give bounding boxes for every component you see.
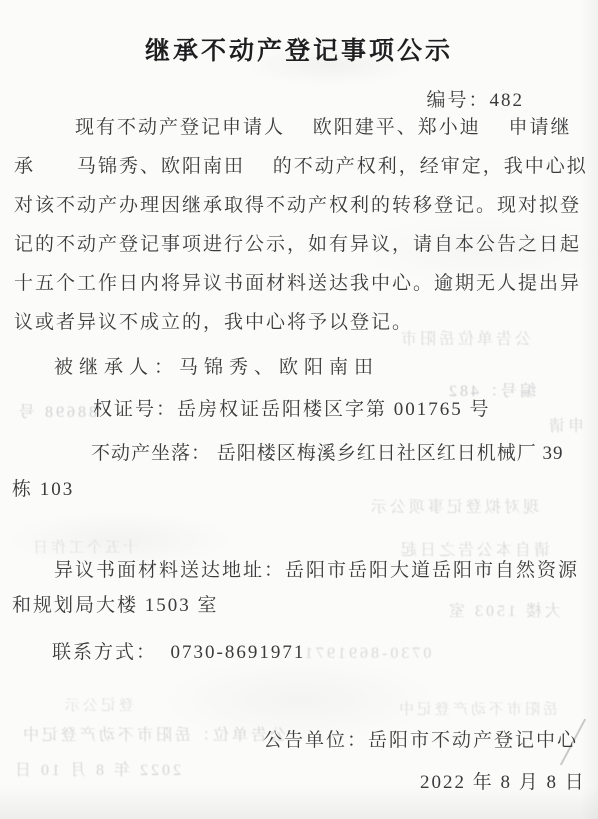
objection-address-line-2: 和规划局大楼 1503 室 [12, 595, 219, 618]
bleedthrough-artifact: 申请 [546, 413, 584, 436]
body-line-1: 现有不动产登记申请人 欧阳建平、郑小迪 申请继 [75, 117, 572, 140]
bleedthrough-artifact: 0730-8691971 [302, 645, 431, 663]
body-line-6: 议或者异议不成立的，我中心将予以登记。 [14, 312, 413, 335]
body-line-4: 记的不动产登记事项进行公示，如有异议，请自本公告之日起 [14, 234, 581, 257]
scanned-notice-page: 公告单位岳阳市 编号：482 88698 号 申请 现对拟登记事项公示 十五个工… [0, 0, 598, 819]
date-line: 2022 年 8 月 8 日 [420, 772, 586, 795]
certificate-number-line: 权证号：岳房权证岳阳楼区字第 001765 号 [93, 399, 491, 422]
bleedthrough-artifact: 请自本公告之日起 [398, 537, 550, 560]
property-location-line-1: 不动产坐落： 岳阳楼区梅溪乡红日社区红日机械厂 39 [91, 443, 564, 466]
objection-address-line-1: 异议书面材料送达地址：岳阳市岳阳大道岳阳市自然资源 [54, 560, 579, 583]
bleedthrough-artifact: 88698 号 [16, 399, 97, 422]
bleedthrough-artifact: 登记公示 [62, 694, 134, 715]
decedent-line: 被继承人：马锦秀、欧阳南田 [54, 357, 379, 380]
bleedthrough-artifact: 2022 年 8 月 10 日 [12, 757, 181, 780]
body-line-3: 对该不动产办理因继承取得不动产权利的转移登记。现对拟登 [14, 195, 581, 218]
body-line-5: 十五个工作日内将异议书面材料送达我中心。逾期无人提出异 [14, 273, 581, 296]
bleedthrough-artifact: 岳阳市不动产登记中 [396, 698, 558, 719]
contact-line: 联系方式： 0730-8691971 [52, 642, 305, 665]
property-location-line-2: 栋 103 [12, 479, 74, 502]
bleedthrough-artifact: 十五个工作日 [30, 536, 138, 557]
bleedthrough-artifact: 公告单位岳阳市 [398, 326, 531, 349]
bleedthrough-artifact: 大楼 1503 室 [446, 598, 561, 621]
body-line-2: 承 马锦秀、欧阳南田 的不动产权利，经审定，我中心拟 [14, 156, 588, 179]
bleedthrough-artifact: 编号：482 [446, 378, 536, 401]
issuer-line: 公告单位：岳阳市不动产登记中心 [263, 730, 578, 753]
notice-title: 继承不动产登记事项公示 [0, 36, 598, 66]
bleedthrough-artifact: 公告单位：岳阳市不动产登记中 [20, 722, 286, 745]
bleedthrough-artifact: 现对拟登记事项公示 [368, 494, 539, 517]
notice-number: 编号：482 [426, 90, 524, 113]
